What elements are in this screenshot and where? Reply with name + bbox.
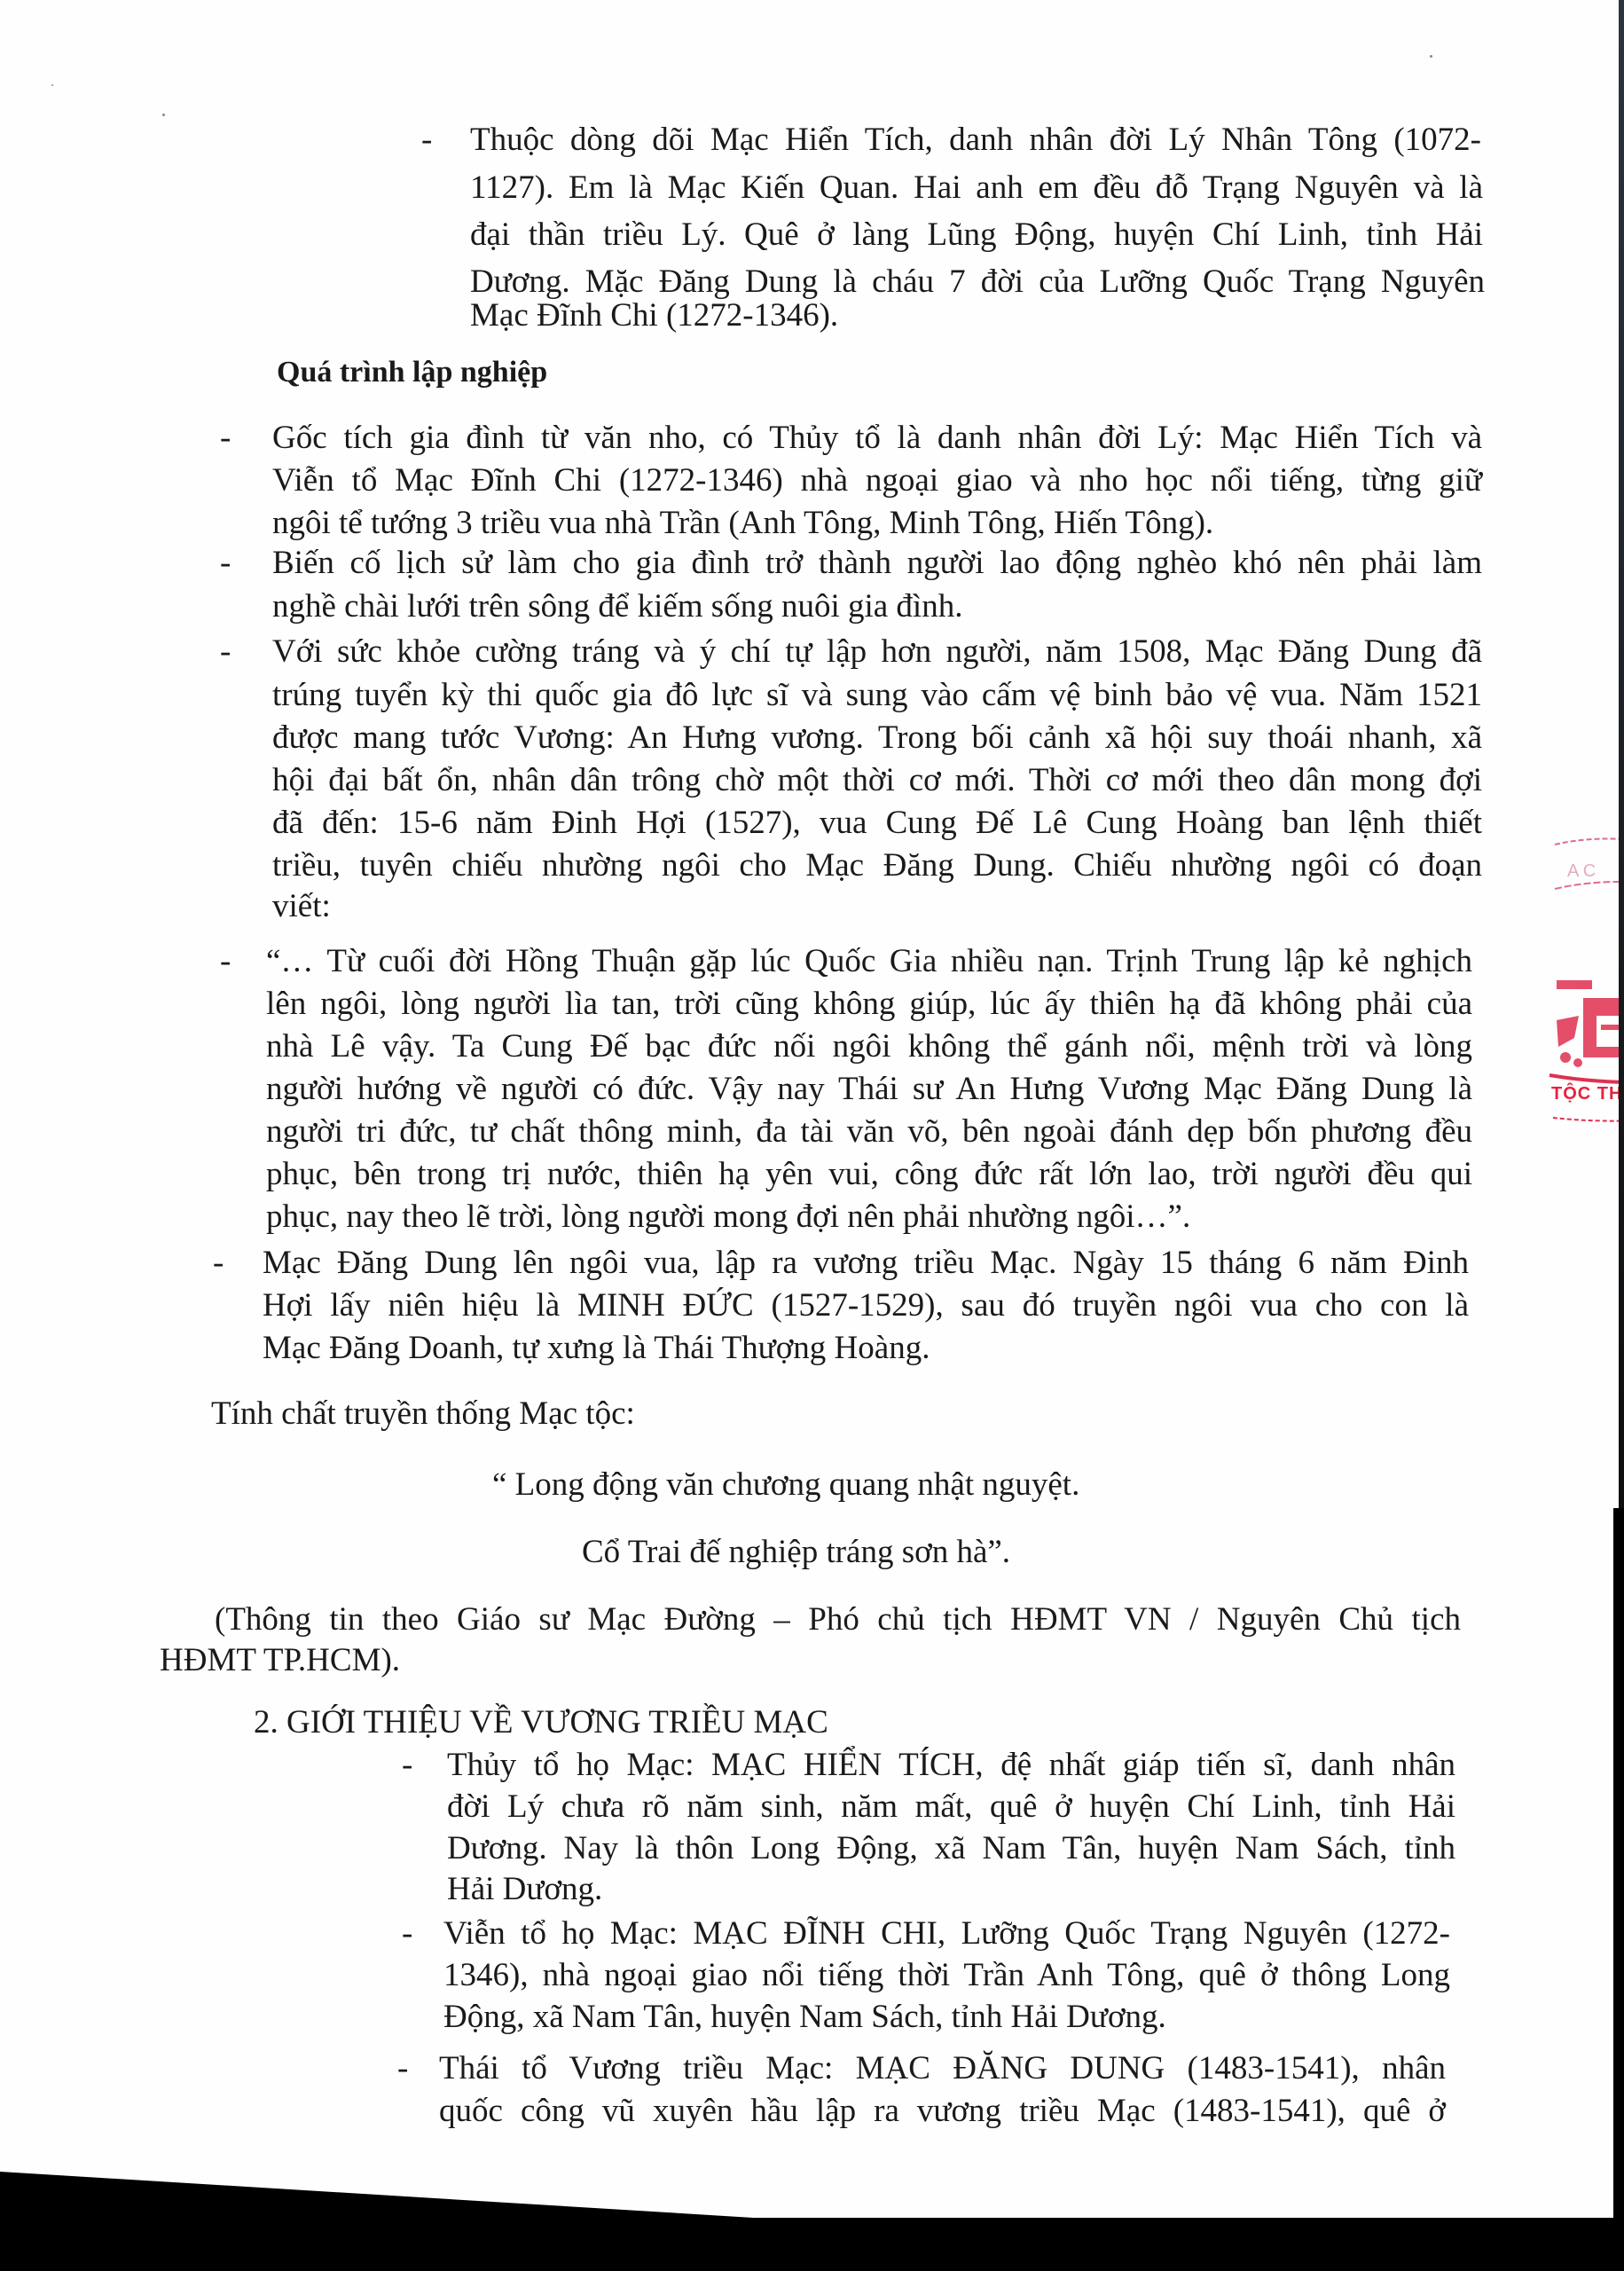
text-line: Thuộc dòng dõi Mạc Hiển Tích, danh nhân … [470, 121, 1481, 160]
seal-text: TỘC THÀ [1551, 1084, 1624, 1104]
text-line: 1346), nhà ngoại giao nổi tiếng thời Trầ… [443, 1956, 1450, 1995]
section-heading: Quá trình lập nghiệp [277, 353, 547, 392]
source-note-line: (Thông tin theo Giáo sư Mạc Đường – Phó … [215, 1600, 1461, 1639]
scan-edge-right-dark [1613, 1508, 1624, 2271]
red-seal-stamp: A C TỘC THÀ [1548, 825, 1624, 1127]
text-line: Mạc Đăng Doanh, tự xưng là Thái Thượng H… [263, 1329, 930, 1368]
section2-heading: 2. GIỚI THIỆU VỀ VƯƠNG TRIỀU MẠC [254, 1703, 828, 1742]
bullet-dash: - [402, 1914, 412, 1953]
text-line: ngôi tể tướng 3 triều vua nhà Trần (Anh … [272, 504, 1213, 543]
tradition-label: Tính chất truyền thống Mạc tộc: [211, 1395, 635, 1434]
text-line: Mạc Đĩnh Chi (1272-1346). [470, 296, 838, 335]
bullet-dash: - [213, 1244, 224, 1283]
bullet-dash: - [220, 544, 231, 583]
text-line: triều, tuyên chiếu nhường ngôi cho Mạc Đ… [272, 846, 1482, 885]
source-note-line: HĐMT TP.HCM). [160, 1641, 400, 1680]
scan-edge-bottom-fill [0, 2218, 1624, 2271]
bullet-dash: - [220, 633, 231, 672]
text-line: người hướng về người có đức. Vậy nay Thá… [266, 1070, 1472, 1109]
svg-text:A C: A C [1567, 861, 1596, 881]
text-line: nhà Lê vậy. Ta Cung Đế bạc đức nối ngôi … [266, 1027, 1472, 1066]
text-line: quốc công vũ xuyên hầu lập ra vương triề… [439, 2092, 1446, 2131]
text-line: Dương. Nay là thôn Long Động, xã Nam Tân… [447, 1829, 1455, 1868]
text-line: Mạc Đăng Dung lên ngôi vua, lập ra vương… [263, 1244, 1469, 1283]
text-line: phục, bên trong trị nước, thiên hạ yên v… [266, 1155, 1472, 1194]
text-line: đại thần triều Lý. Quê ở làng Lũng Động,… [470, 216, 1483, 255]
bullet-dash: - [421, 121, 432, 160]
scan-speck [162, 114, 165, 116]
text-line: Hợi lấy niên hiệu là MINH ĐỨC (1527-1529… [263, 1286, 1469, 1325]
text-line: “… Từ cuối đời Hồng Thuận gặp lúc Quốc G… [266, 942, 1472, 981]
text-line: Biến cố lịch sử làm cho gia đình trở thà… [272, 544, 1482, 583]
seal-emblem-icon: A C [1548, 825, 1624, 1127]
couplet-line-1: “ Long động văn chương quang nhật nguyệt… [492, 1466, 1079, 1505]
text-line: Hải Dương. [447, 1870, 602, 1909]
text-line: Viễn tổ Mạc Đĩnh Chi (1272-1346) nhà ngo… [272, 461, 1482, 500]
text-line: Động, xã Nam Tân, huyện Nam Sách, tỉnh H… [443, 1998, 1166, 2037]
bullet-dash: - [402, 1746, 412, 1785]
text-line: nghề chài lưới trên sông để kiếm sống nu… [272, 587, 962, 626]
text-line: người tri đức, tư chất thông minh, đa tà… [266, 1112, 1472, 1151]
bullet-dash: - [397, 2049, 408, 2088]
text-line: lên ngôi, lòng người lìa tan, trời cũng … [266, 985, 1472, 1024]
text-line: Thủy tổ họ Mạc: MẠC HIỂN TÍCH, đệ nhất g… [447, 1746, 1455, 1785]
bullet-dash: - [220, 942, 231, 981]
text-line: phục, nay theo lẽ trời, lòng người mong … [266, 1198, 1190, 1237]
text-line: trúng tuyển kỳ thi quốc gia đô lực sĩ và… [272, 676, 1482, 715]
scanned-page: - Thuộc dòng dõi Mạc Hiển Tích, danh nhâ… [0, 0, 1624, 2271]
text-line: 1127). Em là Mạc Kiến Quan. Hai anh em đ… [470, 169, 1483, 208]
bullet-dash: - [220, 419, 231, 458]
text-line: Viễn tổ họ Mạc: MẠC ĐĨNH CHI, Lưỡng Quốc… [443, 1914, 1450, 1953]
text-line: đời Lý chưa rõ năm sinh, năm mất, quê ở … [447, 1788, 1455, 1827]
scan-speck [1430, 55, 1432, 58]
text-line: được mang tước Vương: An Hưng vương. Tro… [272, 719, 1482, 758]
text-line: đã đến: 15-6 năm Đinh Hợi (1527), vua Cu… [272, 804, 1482, 843]
text-line: Gốc tích gia đình từ văn nho, có Thủy tổ… [272, 419, 1482, 458]
text-line: viết: [272, 887, 331, 926]
text-line: hội đại bất ổn, nhân dân trông chờ một t… [272, 761, 1482, 800]
scan-speck [51, 84, 53, 86]
couplet-line-2: Cổ Trai đế nghiệp tráng sơn hà”. [582, 1533, 1010, 1572]
text-line: Với sức khỏe cường tráng và ý chí tự lập… [272, 633, 1482, 672]
text-line: Thái tổ Vương triều Mạc: MẠC ĐĂNG DUNG (… [439, 2049, 1446, 2088]
